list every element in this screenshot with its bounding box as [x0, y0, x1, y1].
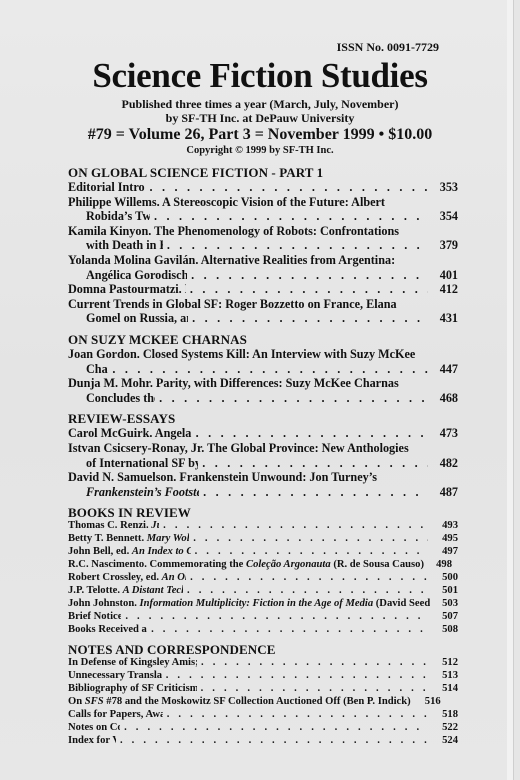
page-number: 503 — [434, 598, 458, 611]
entry-title-continued: Robida’s Twentieth Century — [86, 209, 150, 224]
toc-entry[interactable]: Notes on Contributors. . . . . . . . . .… — [68, 722, 458, 735]
page-number: 482 — [434, 456, 458, 471]
table-of-contents: ON GLOBAL SCIENCE FICTION - PART 1 Edito… — [68, 165, 458, 754]
section-heading: ON GLOBAL SCIENCE FICTION - PART 1 — [68, 165, 458, 180]
dot-leader: . . . . . . . . . . . . . . . . . . . . … — [183, 585, 428, 598]
toc-entry[interactable]: John Bell, ed. An Index to Canadian SF o… — [68, 546, 458, 559]
page-number: 401 — [434, 268, 458, 283]
entry-title-continued: Charnas — [86, 362, 108, 377]
dot-leader: . . . . . . . . . . . . . . . . . . . . … — [162, 670, 428, 683]
dot-leader: . . . . . . . . . . . . . . . . . . . . … — [159, 520, 428, 533]
page-number: 495 — [434, 533, 458, 546]
dot-leader: . . . . . . . . . . . . . . . . . . . . … — [147, 624, 428, 637]
page-number: 516 — [417, 696, 441, 709]
entry-title: Domna Pastourmatzi. Hellenic Magazines o… — [68, 282, 186, 297]
publication-frequency: Published three times a year (March, Jul… — [0, 97, 520, 111]
toc-entry[interactable]: John Johnston. Information Multiplicity:… — [68, 598, 458, 611]
dot-leader: . . . . . . . . . . . . . . . . . . . . … — [187, 268, 428, 283]
publisher-line: by SF-TH Inc. at DePauw University — [0, 111, 520, 125]
page-number: 431 — [434, 311, 458, 326]
dot-leader: . . . . . . . . . . . . . . . . . . . . … — [197, 657, 428, 670]
entry-title: Dunja M. Mohr. Parity, with Differences:… — [68, 376, 458, 391]
dot-leader: . . . . . . . . . . . . . . . . . . . . … — [189, 533, 428, 546]
toc-section-review-essays: REVIEW-ESSAYS Carol McGuirk. Angela’s As… — [68, 411, 458, 499]
dot-leader: . . . . . . . . . . . . . . . . . . . . … — [163, 709, 428, 722]
page-number: 497 — [434, 546, 458, 559]
entry-title: Joan Gordon. Closed Systems Kill: An Int… — [68, 347, 458, 362]
page-number: 353 — [434, 180, 458, 195]
toc-entry[interactable]: On SFS #78 and the Moskowitz SF Collecti… — [68, 696, 458, 709]
page-number: 518 — [434, 709, 458, 722]
toc-entry[interactable]: Books Received and Awaiting Review. . . … — [68, 624, 458, 637]
page-number: 514 — [434, 683, 458, 696]
toc-section-global-sf: ON GLOBAL SCIENCE FICTION - PART 1 Edito… — [68, 165, 458, 326]
toc-section-notes: NOTES AND CORRESPONDENCE In Defense of K… — [68, 642, 458, 747]
page-number: 512 — [434, 657, 458, 670]
page-number: 447 — [434, 362, 458, 377]
page-number: 493 — [434, 520, 458, 533]
dot-leader: . . . . . . . . . . . . . . . . . . . . … — [186, 572, 428, 585]
page-number: 522 — [434, 722, 458, 735]
toc-entry[interactable]: Yolanda Molina Gavilán. Alternative Real… — [68, 253, 458, 282]
journal-contents-page: ISSN No. 0091-7729 Science Fiction Studi… — [0, 0, 514, 780]
page-number: 498 — [428, 559, 452, 572]
page-number: 500 — [434, 572, 458, 585]
toc-entry[interactable]: Index for Volume 26. . . . . . . . . . .… — [68, 735, 458, 748]
dot-leader: . . . . . . . . . . . . . . . . . . . . … — [188, 311, 428, 326]
entry-title-continued: Frankenstein’s Footsteps and David Skal’… — [86, 485, 199, 500]
toc-entry[interactable]: Calls for Papers, Awards, and New SF Web… — [68, 709, 458, 722]
entry-title: Istvan Csicsery-Ronay, Jr. The Global Pr… — [68, 441, 458, 456]
page-number: 473 — [434, 426, 458, 441]
dot-leader: . . . . . . . . . . . . . . . . . . . . … — [186, 282, 428, 297]
copyright-line: Copyright © 1999 by SF-TH Inc. — [0, 145, 520, 156]
dot-leader: . . . . . . . . . . . . . . . . . . . . … — [163, 238, 428, 253]
entry-title: Editorial Introduction: Global SF — [68, 180, 145, 195]
entry-title: Philippe Willems. A Stereoscopic Vision … — [68, 195, 458, 210]
page-number: 524 — [434, 735, 458, 748]
entry-title: David N. Samuelson. Frankenstein Unwound… — [68, 470, 458, 485]
toc-section-charnas: ON SUZY MCKEE CHARNAS Joan Gordon. Close… — [68, 332, 458, 405]
dot-leader: . . . . . . . . . . . . . . . . . . . . … — [150, 209, 428, 224]
dot-leader: . . . . . . . . . . . . . . . . . . . . … — [145, 180, 428, 195]
page-number: 487 — [434, 485, 458, 500]
toc-entry[interactable]: David N. Samuelson. Frankenstein Unwound… — [68, 470, 458, 499]
dot-leader: . . . . . . . . . . . . . . . . . . . . … — [121, 611, 428, 624]
toc-entry[interactable]: Brief Notices (VH, RL). . . . . . . . . … — [68, 611, 458, 624]
journal-title: Science Fiction Studies — [0, 56, 520, 96]
page-number: 507 — [434, 611, 458, 624]
entry-title-continued: Angélica Gorodischer’s “Los embriones de… — [86, 268, 187, 283]
toc-entry[interactable]: Domna Pastourmatzi. Hellenic Magazines o… — [68, 282, 458, 297]
toc-entry[interactable]: Kamila Kinyon. The Phenomenology of Robo… — [68, 224, 458, 253]
section-heading: NOTES AND CORRESPONDENCE — [68, 642, 458, 657]
toc-entry[interactable]: Dunja M. Mohr. Parity, with Differences:… — [68, 376, 458, 405]
toc-entry[interactable]: R.C. Nascimento. Commemorating the Coleç… — [68, 559, 458, 572]
section-heading: REVIEW-ESSAYS — [68, 411, 458, 426]
entry-title-continued: with Death in Karel Čapek’s R.U.R. — [86, 238, 163, 253]
page-number: 508 — [434, 624, 458, 637]
toc-entry[interactable]: Unnecessary Translations? (Alan S. Wheel… — [68, 670, 458, 683]
toc-entry[interactable]: Robert Crossley, ed. An Olaf Stapledon R… — [68, 572, 458, 585]
dot-leader: . . . . . . . . . . . . . . . . . . . . … — [198, 456, 428, 471]
entry-title: Current Trends in Global SF: Roger Bozze… — [68, 297, 458, 312]
page-number: 468 — [434, 391, 458, 406]
toc-section-books-in-review: BOOKS IN REVIEW Thomas C. Renzi. Jules V… — [68, 505, 458, 636]
page-number: 501 — [434, 585, 458, 598]
entry-title-continued: Gomel on Russia, and Andrea Bell on Lati… — [86, 311, 188, 326]
dot-leader: . . . . . . . . . . . . . . . . . . . . … — [192, 426, 428, 441]
dot-leader: . . . . . . . . . . . . . . . . . . . . … — [199, 485, 428, 500]
toc-entry[interactable]: Philippe Willems. A Stereoscopic Vision … — [68, 195, 458, 224]
toc-entry[interactable]: Carol McGuirk. Angela’s Ashes: Recent Bo… — [68, 426, 458, 441]
issue-line: #79 = Volume 26, Part 3 = November 1999 … — [0, 125, 520, 145]
toc-entry[interactable]: J.P. Telotte. A Distant Technology: SF F… — [68, 585, 458, 598]
toc-entry[interactable]: Betty T. Bennett. Mary Wollstonecraft Sh… — [68, 533, 458, 546]
page-number: 354 — [434, 209, 458, 224]
entry-title: Yolanda Molina Gavilán. Alternative Real… — [68, 253, 458, 268]
entry-title: Kamila Kinyon. The Phenomenology of Robo… — [68, 224, 458, 239]
dot-leader: . . . . . . . . . . . . . . . . . . . . … — [155, 391, 428, 406]
section-heading: ON SUZY MCKEE CHARNAS — [68, 332, 458, 347]
dot-leader: . . . . . . . . . . . . . . . . . . . . … — [108, 362, 428, 377]
toc-entry[interactable]: In Defense of Kingsley Amis; A Response … — [68, 657, 458, 670]
entry-title-continued: Concludes the Holdfast Series — [86, 391, 155, 406]
toc-entry[interactable]: Istvan Csicsery-Ronay, Jr. The Global Pr… — [68, 441, 458, 470]
toc-entry[interactable]: Current Trends in Global SF: Roger Bozze… — [68, 297, 458, 326]
entry-title: Carol McGuirk. Angela’s Ashes: Recent Bo… — [68, 426, 192, 441]
page-number: 412 — [434, 282, 458, 297]
toc-entry[interactable]: Thomas C. Renzi. Jules Verne on Film (AB… — [68, 520, 458, 533]
toc-entry[interactable]: Editorial Introduction: Global SF. . . .… — [68, 180, 458, 195]
dot-leader: . . . . . . . . . . . . . . . . . . . . … — [120, 722, 428, 735]
issn-number: ISSN No. 0091-7729 — [337, 40, 439, 55]
toc-entry[interactable]: Joan Gordon. Closed Systems Kill: An Int… — [68, 347, 458, 376]
entry-title-continued: of International SF by James Gunn and Fr… — [86, 456, 198, 471]
page-number: 379 — [434, 238, 458, 253]
section-heading: BOOKS IN REVIEW — [68, 505, 458, 520]
dot-leader: . . . . . . . . . . . . . . . . . . . . … — [191, 546, 428, 559]
toc-entry[interactable]: Bibliography of SF Criticism in SFS #78 … — [68, 683, 458, 696]
dot-leader: . . . . . . . . . . . . . . . . . . . . … — [197, 683, 428, 696]
page-number: 513 — [434, 670, 458, 683]
dot-leader: . . . . . . . . . . . . . . . . . . . . … — [116, 735, 428, 748]
